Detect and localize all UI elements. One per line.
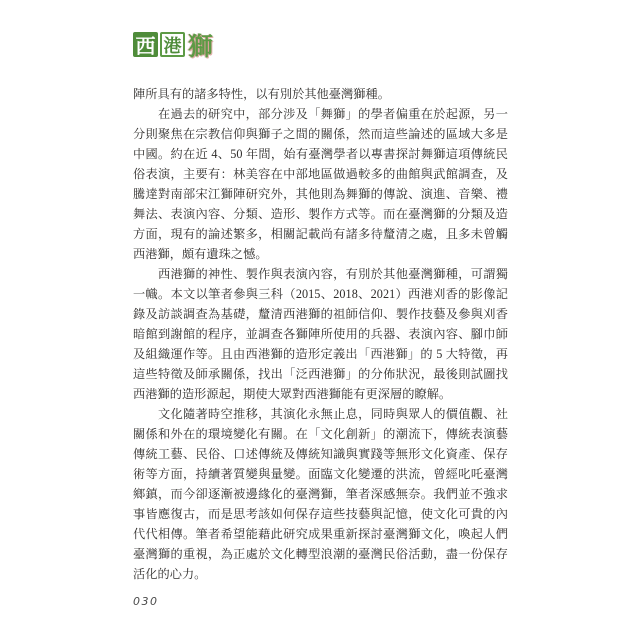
text-line: 舞法、表演內容、分類、造形、製作方式等。而在臺灣獅的分類及造形 bbox=[133, 204, 508, 224]
text-line: 在過去的研究中，部分涉及「舞獅」的學者偏重在於起源，另一部 bbox=[133, 104, 508, 124]
text-line: 事皆應復古，而是思考該如何保存這些技藝與記憶，使文化可貴的內涵 bbox=[133, 504, 508, 524]
book-series-logo: 西 港 獅 bbox=[133, 31, 214, 58]
text-line: 活化的心力。 bbox=[133, 564, 508, 584]
body-text: 陣所具有的諸多特性，以有別於其他臺灣獅種。 在過去的研究中，部分涉及「舞獅」的學… bbox=[133, 84, 508, 584]
text-line: 關係和外在的環境變化有關。在「文化創新」的潮流下，傳統表演藝術、 bbox=[133, 424, 508, 444]
text-line: 俗表演，主要有：林美容在中部地區做過較多的曲館與武館調查，及吳 bbox=[133, 164, 508, 184]
text-line: 方面，現有的論述繁多，相關記載尚有諸多待釐清之處，且多未曾觸及 bbox=[133, 224, 508, 244]
book-page: 西 港 獅 陣所具有的諸多特性，以有別於其他臺灣獅種。 在過去的研究中，部分涉及… bbox=[0, 0, 640, 640]
text-line: 臺灣獅的重視，為正處於文化轉型浪潮的臺灣民俗活動，盡一份保存與 bbox=[133, 544, 508, 564]
text-line: 及組織運作等。且由西港獅的造形定義出「西港獅」的 5 大特徵，再依 bbox=[133, 344, 508, 364]
text-line: 這些特徵及師承關係，找出「泛西港獅」的分佈狀況，最後則試圖找出 bbox=[133, 364, 508, 384]
text-line: 傳統工藝、民俗、口述傳統及傳統知識與實踐等無形文化資產、保存技 bbox=[133, 444, 508, 464]
text-line: 一幟。本文以筆者參與三科（2015、2018、2021）西港刈香的影像記 bbox=[133, 284, 508, 304]
text-line: 鄉鎮，而今卻逐漸被邊緣化的臺灣獅，筆者深感無奈。我們並不強求凡 bbox=[133, 484, 508, 504]
text-line: 分則聚焦在宗教信仰與獅子之間的關係，然而這些論述的區域大多是在 bbox=[133, 124, 508, 144]
page-number: 030 bbox=[133, 595, 159, 608]
logo-char-block-2: 港 bbox=[160, 32, 185, 57]
logo-char-block-1: 西 bbox=[133, 32, 158, 57]
text-line: 術等方面，持續著質變與量變。面臨文化變遷的洪流，曾經叱吒臺灣各 bbox=[133, 464, 508, 484]
logo-char-decorative-3: 獅 bbox=[187, 31, 214, 58]
text-line: 錄及訪談調查為基礎，釐清西港獅的祖師信仰、製作技藝及參與刈香從 bbox=[133, 304, 508, 324]
text-line: 西港獅的神性、製作與表演內容，有別於其他臺灣獅種，可謂獨樹 bbox=[133, 264, 508, 284]
text-line: 中國。約在近 4、50 年間，始有臺灣學者以專書探討舞獅這項傳統民 bbox=[133, 144, 508, 164]
text-line: 騰達對南部宋江獅陣研究外，其他則為舞獅的傳說、演進、音樂、禮節、 bbox=[133, 184, 508, 204]
text-line: 陣所具有的諸多特性，以有別於其他臺灣獅種。 bbox=[133, 84, 508, 104]
text-line: 西港獅的造形源起，期使大眾對西港獅能有更深層的瞭解。 bbox=[133, 384, 508, 404]
text-line: 暗館到謝館的程序，並調查各獅陣所使用的兵器、表演內容、腳巾師承 bbox=[133, 324, 508, 344]
text-line: 西港獅，頗有遺珠之憾。 bbox=[133, 244, 508, 264]
text-line: 文化隨著時空推移，其演化永無止息，同時與眾人的價值觀、社會 bbox=[133, 404, 508, 424]
text-line: 代代相傳。筆者希望能藉此研究成果重新探討臺灣獅文化，喚起人們對 bbox=[133, 524, 508, 544]
